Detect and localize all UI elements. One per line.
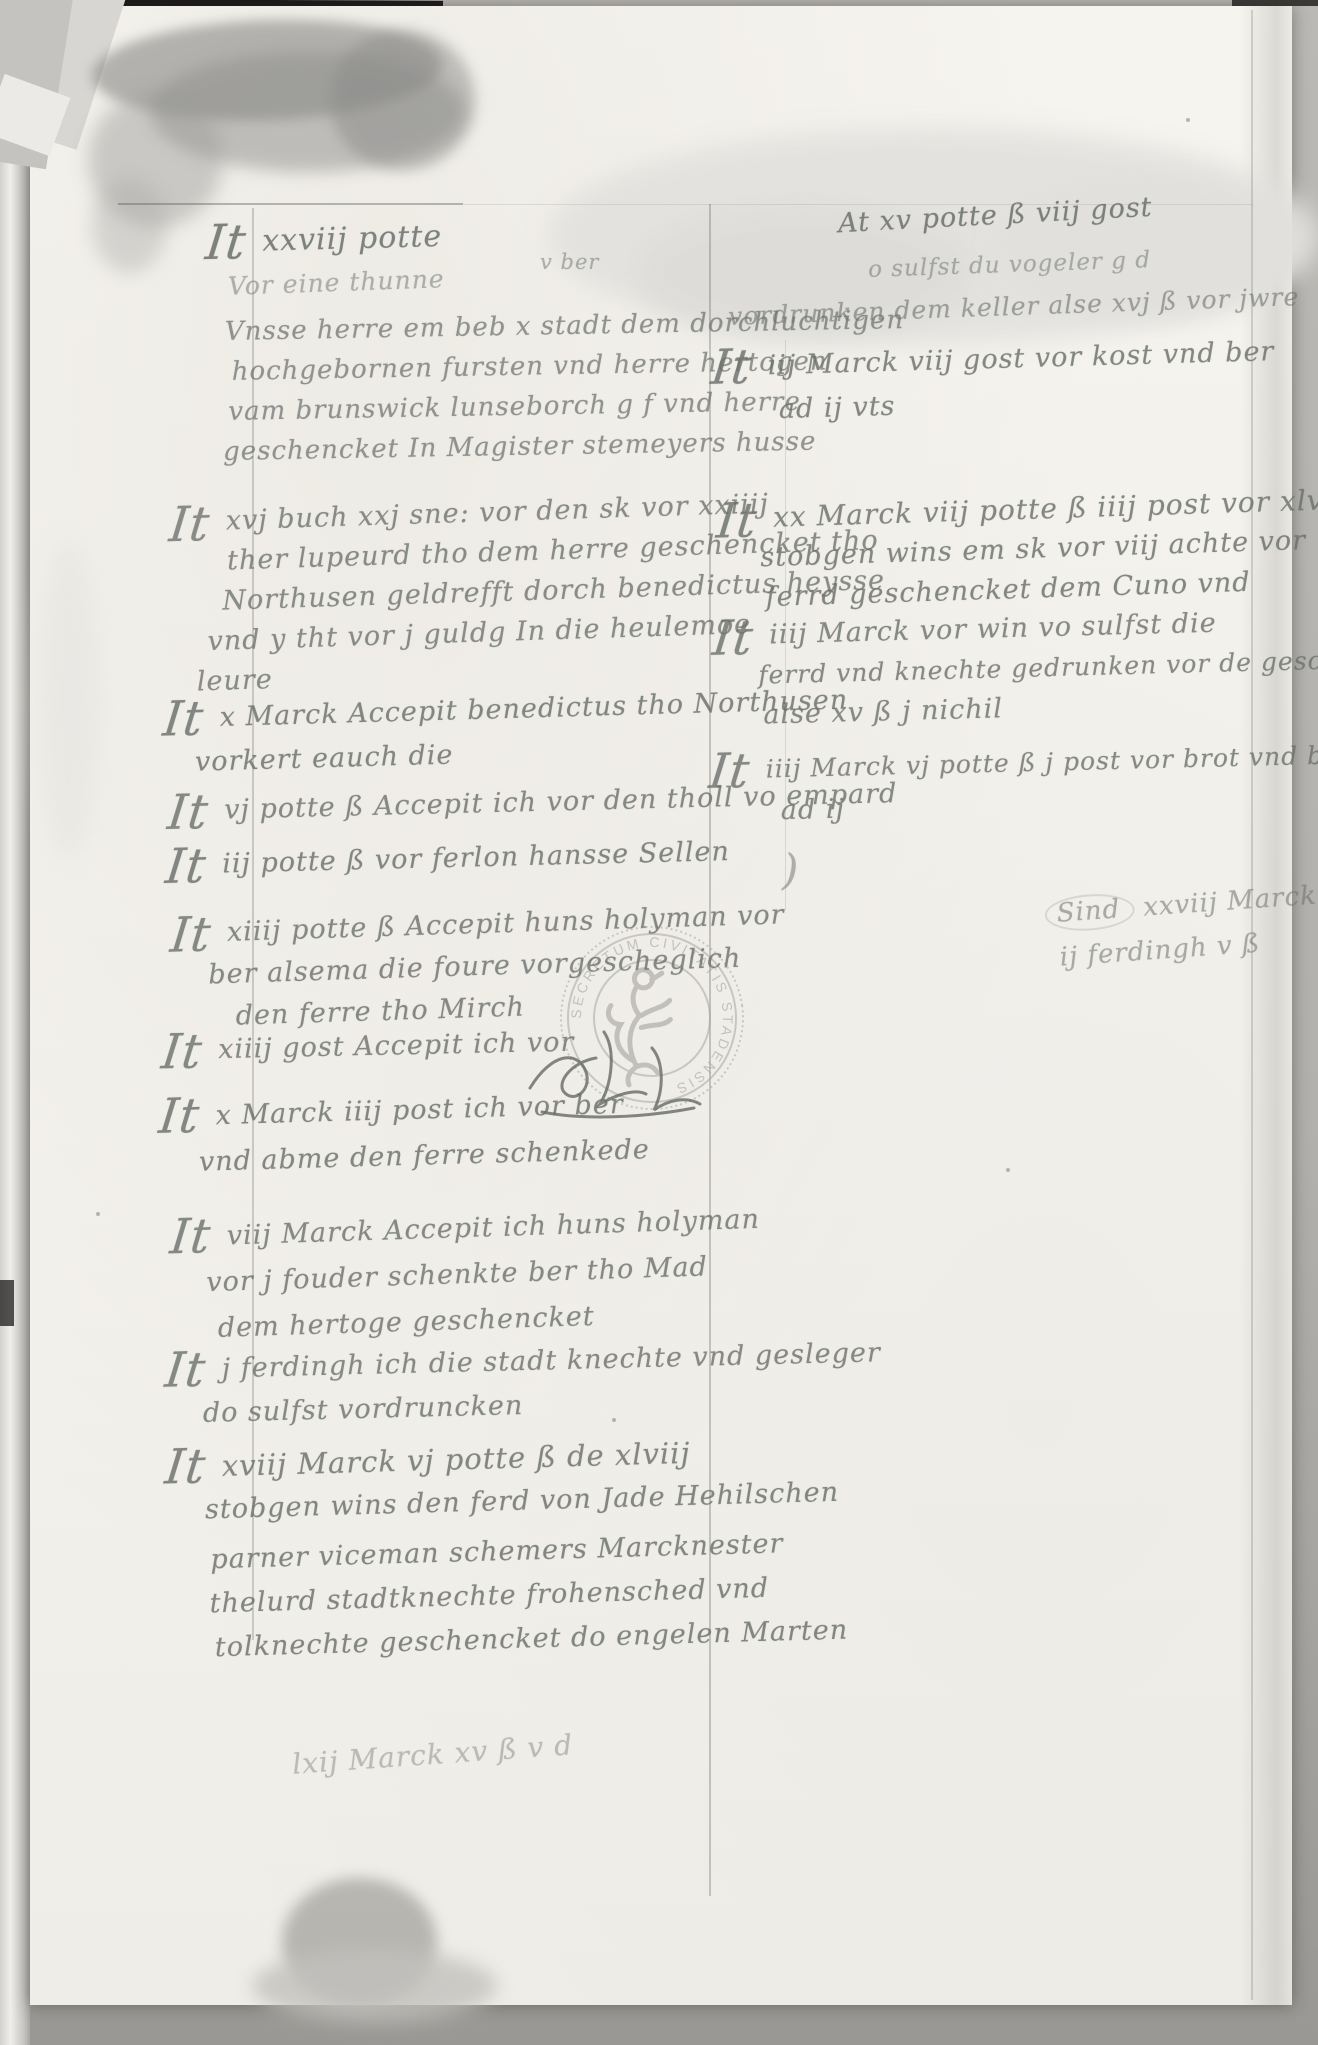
item-marker: It — [163, 1348, 208, 1393]
summary-word-circled: Sind — [1044, 891, 1136, 933]
ledger-entry-header: It xxviij potte — [205, 215, 442, 265]
item-marker: It — [707, 749, 752, 794]
item-marker: It — [715, 498, 760, 543]
shadow-stain — [252, 1950, 497, 2022]
item-marker: It — [167, 502, 212, 547]
entry-line: xxviij potte — [262, 215, 443, 264]
item-marker: It — [159, 1029, 205, 1074]
item-marker: It — [168, 912, 213, 957]
item-marker: It — [163, 1444, 208, 1489]
entry-line: xiiij gost Accepit ich vor — [218, 1022, 575, 1071]
stray-pen-mark: ) — [782, 845, 799, 894]
ledger-entry: It xiiij gost Accepit ich vor — [162, 1022, 575, 1075]
margin-wash — [38, 540, 100, 860]
left-backing-strip — [0, 0, 30, 2045]
scan-edge-mark — [0, 1280, 14, 1326]
ink-stain — [92, 178, 167, 273]
item-marker: It — [168, 1214, 213, 1259]
item-marker: It — [157, 1094, 202, 1139]
scanned-manuscript: SECRETUM CIVITATIS STADENSIS It — [0, 0, 1318, 2045]
ledger-entry: It xiiij potte ß Accepit huns holyman vo… — [170, 894, 788, 1039]
speck — [96, 1212, 100, 1216]
speck — [1006, 1168, 1010, 1172]
item-marker: It — [711, 616, 756, 661]
item-marker: It — [161, 696, 206, 741]
ledger-entry: It xviij Marck vj potte ß de xlviij stob… — [165, 1427, 849, 1672]
ledger-entry: It xx Marck viij potte ß iiij post vor x… — [716, 480, 1318, 619]
ledger-entry: It j ferdingh ich die stadt knechte vnd … — [165, 1331, 882, 1436]
ledger-entry: It iiij Marck vj potte ß j post vor brot… — [709, 734, 1318, 834]
item-marker: It — [166, 790, 211, 835]
marginal-note: v ber — [540, 250, 599, 274]
ledger-entry: It viij Marck Accepit ich huns holyman v… — [170, 1197, 764, 1353]
ink-stain — [330, 30, 475, 170]
ledger-entry: It iij Marck viij gost vor kost vnd ber … — [711, 330, 1276, 434]
speck — [1186, 118, 1190, 122]
ledger-entry: It x Marck iiij post ich vor ber vnd abm… — [159, 1081, 651, 1187]
horizontal-rule — [118, 203, 463, 205]
item-marker: It — [164, 844, 209, 889]
item-marker: It — [709, 345, 754, 390]
ledger-entry: It iiij Marck vor win vo sulfst die ferr… — [713, 599, 1318, 737]
item-marker: It — [204, 220, 249, 265]
